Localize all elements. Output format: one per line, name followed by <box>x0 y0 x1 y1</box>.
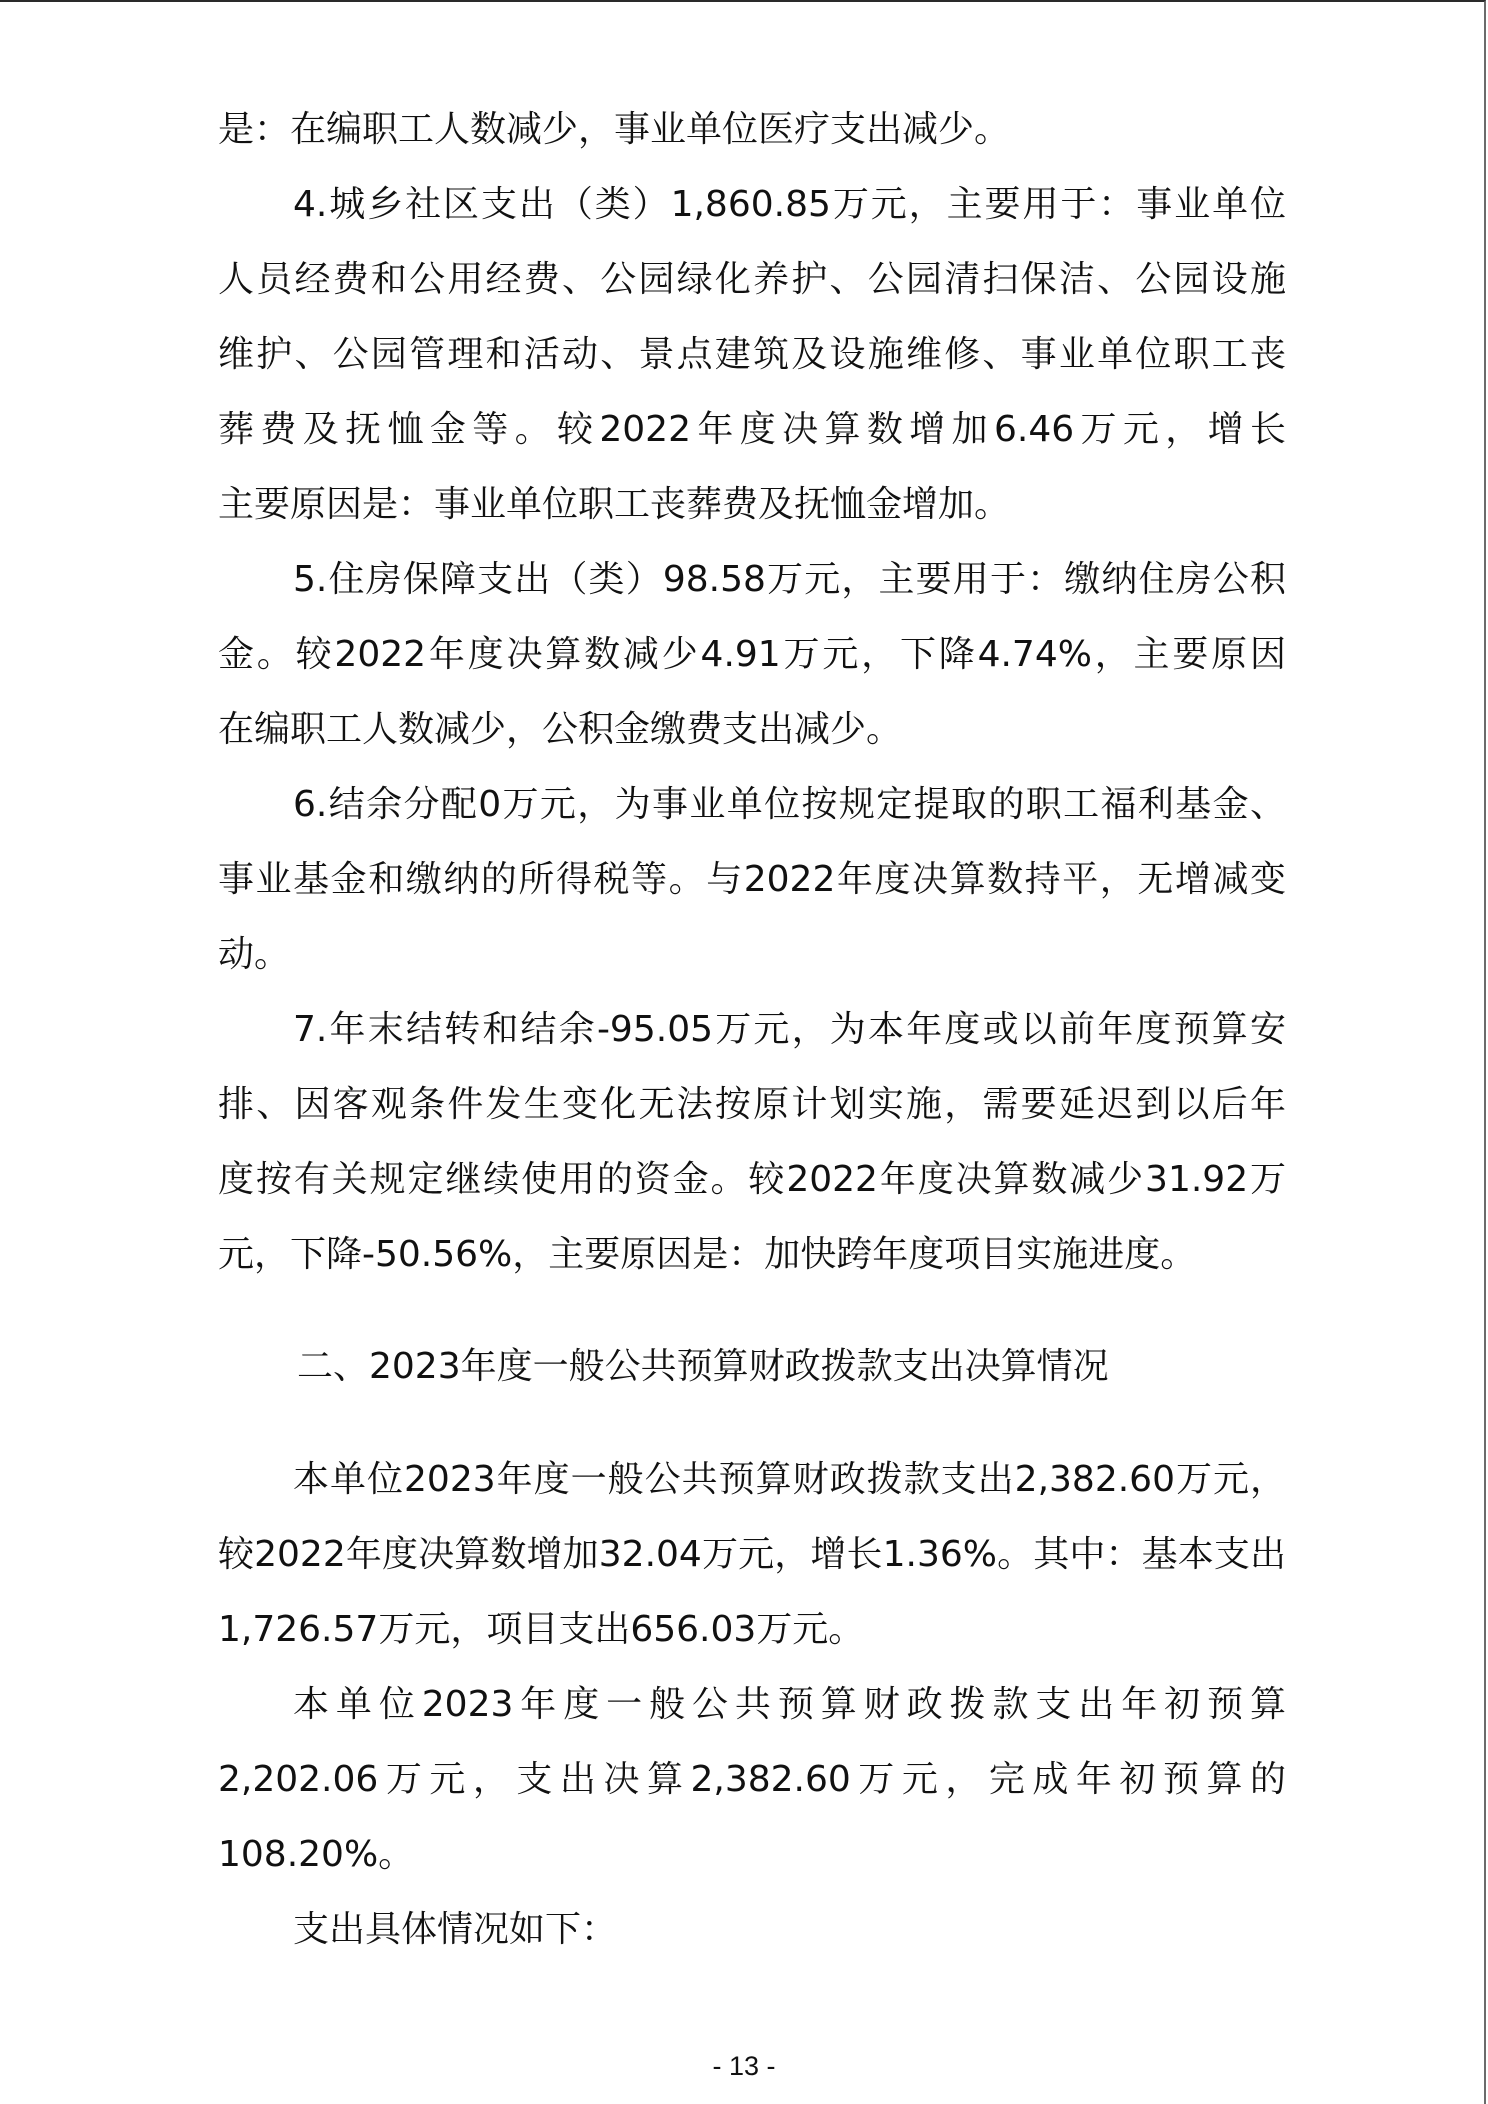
paragraph-7-year-end-carryover: 7.年末结转和结余-95.05万元，为本年度或以前年度预算安 <box>293 1010 1286 1050</box>
body-line: 度按有关规定继续使用的资金。较2022年度决算数减少31.92万 <box>218 1160 1286 1200</box>
paragraph-initial-budget-completion: 本单位2023年度一般公共预算财政拨款支出年初预算 <box>293 1685 1286 1725</box>
body-line: 在编职工人数减少，公积金缴费支出减少。 <box>218 710 902 750</box>
paragraph-4-urban-rural-community: 4.城乡社区支出（类）1,860.85万元，主要用于：事业单位 <box>293 185 1286 225</box>
body-line: 葬费及抚恤金等。较2022年度决算数增加6.46万元，增长0.35%， <box>218 410 1286 450</box>
body-line: 动。 <box>218 935 290 975</box>
body-line: 较2022年度决算数增加32.04万元，增长1.36%。其中：基本支出 <box>218 1535 1286 1575</box>
body-line: 金。较2022年度决算数减少4.91万元，下降4.74%，主要原因是： <box>218 635 1286 675</box>
body-line: 2,202.06万元，支出决算2,382.60万元，完成年初预算的 <box>218 1760 1286 1800</box>
body-line: 主要原因是：事业单位职工丧葬费及抚恤金增加。 <box>218 485 1010 525</box>
paragraph-5-housing-security: 5.住房保障支出（类）98.58万元，主要用于：缴纳住房公积 <box>293 560 1286 600</box>
body-line: 维护、公园管理和活动、景点建筑及设施维修、事业单位职工丧 <box>218 335 1286 375</box>
body-line: 108.20%。 <box>218 1835 414 1875</box>
paragraph-general-budget-expenditure: 本单位2023年度一般公共预算财政拨款支出2,382.60万元， <box>293 1460 1286 1500</box>
paragraph-expenditure-details-intro: 支出具体情况如下： <box>293 1910 617 1950</box>
page-number: - 13 - <box>0 2051 1488 2081</box>
body-line: 1,726.57万元，项目支出656.03万元。 <box>218 1610 864 1650</box>
body-line: 人员经费和公用经费、公园绿化养护、公园清扫保洁、公园设施 <box>218 260 1286 300</box>
document-page: 是：在编职工人数减少，事业单位医疗支出减少。 4.城乡社区支出（类）1,860.… <box>0 0 1486 2104</box>
paragraph-6-surplus-distribution: 6.结余分配0万元，为事业单位按规定提取的职工福利基金、 <box>293 785 1286 825</box>
body-line: 事业基金和缴纳的所得税等。与2022年度决算数持平，无增减变 <box>218 860 1286 900</box>
body-line: 元，下降-50.56%，主要原因是：加快跨年度项目实施进度。 <box>218 1235 1196 1275</box>
section-heading: 二、2023年度一般公共预算财政拨款支出决算情况 <box>297 1347 1109 1387</box>
body-line: 排、因客观条件发生变化无法按原计划实施，需要延迟到以后年 <box>218 1085 1286 1125</box>
body-line: 是：在编职工人数减少，事业单位医疗支出减少。 <box>218 110 1010 150</box>
